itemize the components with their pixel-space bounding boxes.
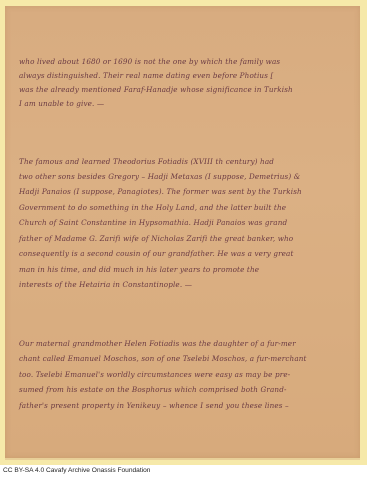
manuscript-line: sumed from his estate on the Bosphorus w… (19, 385, 287, 394)
manuscript-line: Hadji Panaios (I suppose, Panagiotes). T… (19, 187, 302, 196)
manuscript-line: Church of Saint Constantine in Hypsomath… (19, 218, 287, 227)
manuscript-line: chant called Emanuel Moschos, son of one… (19, 354, 307, 363)
manuscript-line: father of Madame G. Zarifi wife of Nicho… (19, 234, 293, 243)
manuscript-line: Government to do something in the Holy L… (19, 203, 286, 212)
manuscript-line: interests of the Hetairia in Constantino… (19, 280, 192, 289)
manuscript-line: consequently is a second cousin of our g… (19, 249, 294, 258)
manuscript-line: father's present property in Yenikeuy – … (19, 401, 289, 410)
manuscript-line: man in his time, and did much in his lat… (19, 265, 259, 274)
manuscript-line: who lived about 1680 or 1690 is not the … (19, 57, 280, 66)
manuscript-line: I am unable to give. — (19, 99, 104, 108)
license-caption: CC BY-SA 4.0 Cavafy Archive Onassis Foun… (3, 467, 150, 474)
manuscript-line: was the already mentioned Faraf-Hanadje … (19, 85, 293, 94)
manuscript-line: The famous and learned Theodorius Fotiad… (19, 157, 274, 166)
manuscript-line: always distinguished. Their real name da… (19, 71, 273, 80)
manuscript-line: Our maternal grandmother Helen Fotiadis … (19, 339, 296, 348)
manuscript-scan: who lived about 1680 or 1690 is not the … (0, 0, 367, 465)
manuscript-page: who lived about 1680 or 1690 is not the … (5, 6, 360, 460)
manuscript-line: too. Tselebi Emanuel's worldly circumsta… (19, 370, 290, 379)
manuscript-line: two other sons besides Gregory – Hadji M… (19, 172, 300, 181)
